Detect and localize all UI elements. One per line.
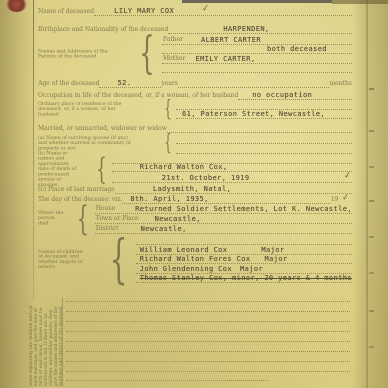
typed-value: no occupation [252,92,312,99]
field-parents: Names and Addresses of the Parents of th… [38,35,352,73]
typed-value: both deceased [267,46,327,53]
residence-line: 61, Paterson Street, Newcastle, [176,110,352,120]
child-entry-struck: Thomas Stanley Cox, minor, 20 years & 4 … [136,274,352,283]
typed-value: Returned Soldier Settlements, Lot K. New… [135,206,352,213]
typed-value: ALBERT CARTER [201,37,261,44]
empty-line [66,370,350,372]
field-label: Married, or unmarried, widower or widow [38,126,167,133]
brace-icon [139,32,154,76]
child-entry: John Glendenning Cox Major [136,264,352,273]
typed-value: 8th. April, 1935, [130,196,208,203]
brace-icon [164,133,172,155]
district-line: District Newcastle, [95,224,352,234]
child-status: Major [264,256,287,263]
page-edge-marks [369,88,374,90]
months-label: months [329,81,352,88]
typed-value: Ladysmith, Natal, [153,186,231,193]
brace-icon [164,99,172,121]
typed-value: 21st. October, 1919 [162,175,250,182]
child-name: Thomas Stanley Cox, minor, 20 years & 4 … [140,275,352,282]
child-entry: Richard Walton Fores Cox Major [136,255,352,264]
parents-note-line: both deceased [162,45,352,55]
child-status: Major [261,247,284,254]
mother-label: Mother [162,56,187,63]
field-residence: Ordinary place of residence of the decea… [38,100,352,119]
brace-icon [109,234,127,286]
year-prefix-label: 19 [331,197,339,204]
death-notice-page: Name of deceased LILY MARY COX ✓ Birthpl… [0,0,388,388]
empty-line [66,340,350,342]
field-age: Age of the deceased 52. years months [38,77,352,88]
empty-line [176,134,352,144]
empty-line [66,350,350,352]
field-label: Ordinary place of residence of the decea… [38,102,136,118]
field-birthplace: Birthplace and Nationality of the deceas… [38,22,352,34]
house-label: House [95,206,117,213]
typed-value: Newcastle, [155,216,201,223]
typed-value: Newcastle, [141,226,187,233]
field-surviving-spouse: (a) Name of surviving spouse (if any) an… [38,134,352,154]
field-label: Name of deceased [38,9,94,16]
dotted-line: no occupation [238,88,352,100]
field-label: Age of the deceased [38,81,99,88]
empty-line [66,360,350,362]
typed-value: 61, Paterson Street, Newcastle, [182,111,325,118]
page-right-crease [366,0,368,388]
house-line: House Returned Soldier Settlements, Lot … [95,204,352,214]
page-crease-line [33,0,34,300]
field-name-of-deceased: Name of deceased LILY MARY COX ✓ [38,4,352,16]
empty-line [136,236,352,245]
father-line: Father ALBERT CARTER [162,35,352,45]
empty-line [66,330,350,332]
margin-footnote: State separately the children born of ea… [30,300,65,386]
brace-icon [77,202,89,236]
child-status: Major [240,266,263,273]
child-name: Richard Walton Fores Cox [140,256,251,263]
field-label: (a) Name of surviving spouse (if any) an… [38,136,136,152]
mother-line: Mother EMILY CARTER, [162,54,352,64]
child-name: William Leonard Cox [140,247,228,254]
typed-value: 52. [117,80,131,87]
empty-line [162,64,352,74]
typed-value: HARPENDEN, [223,26,269,33]
child-entry: William Leonard Cox Major [136,245,352,254]
empty-line [176,144,352,154]
field-predeceased-spouse: (b) Name or names and approximate date o… [38,156,352,183]
page-right-edge [352,0,388,388]
field-children: Names of children of deceased, and wheth… [38,236,352,283]
predeceased-date-line: 21st. October, 1919 ✓ [112,172,352,183]
field-label: Occupation in life of the deceased, or, … [38,93,238,100]
dotted-line: LILY MARY COX ✓ [94,3,352,16]
field-label: Names of children of deceased, and wheth… [38,249,88,270]
town-line: Town or Place Newcastle, [95,214,352,224]
child-name: John Glendenning Cox [140,266,232,273]
field-label: Names and Addresses of the Parents of th… [38,49,113,59]
typed-value: EMILY CARTER, [195,56,255,63]
typed-value: LILY MARY COX [114,8,174,15]
dotted-line: HARPENDEN, [168,21,352,34]
empty-line [66,379,268,381]
checkmark-icon: ✓ [344,172,353,182]
dotted-line: 52. [99,76,161,88]
brace-icon [96,155,107,185]
dotted-line [178,76,330,88]
dotted-line [167,121,352,133]
field-where-died: Where the person died House Returned Sol… [38,204,352,234]
field-label: (c) Place of last marriage [38,187,115,194]
empty-line [66,300,350,302]
town-label: Town or Place [95,216,141,223]
field-occupation: Occupation in life of the deceased, or, … [38,89,352,100]
typed-value: Richard Walton Cox, [140,164,228,171]
father-label: Father [162,37,185,44]
empty-line [176,100,352,110]
field-marital-status: Married, or unmarried, widower or widow [38,122,352,133]
empty-line [66,310,350,312]
checkmark-icon: ✓ [201,5,210,15]
predeceased-name-line: Richard Walton Cox, [112,164,352,172]
empty-line [66,320,350,322]
years-label: years [161,81,177,88]
dotted-line: 8th. April, 1935, [122,193,330,204]
checkmark-icon: ✓ [342,194,351,204]
field-label: Where the person died [38,211,65,227]
field-label: (b) Name or names and approximate date o… [38,151,80,187]
